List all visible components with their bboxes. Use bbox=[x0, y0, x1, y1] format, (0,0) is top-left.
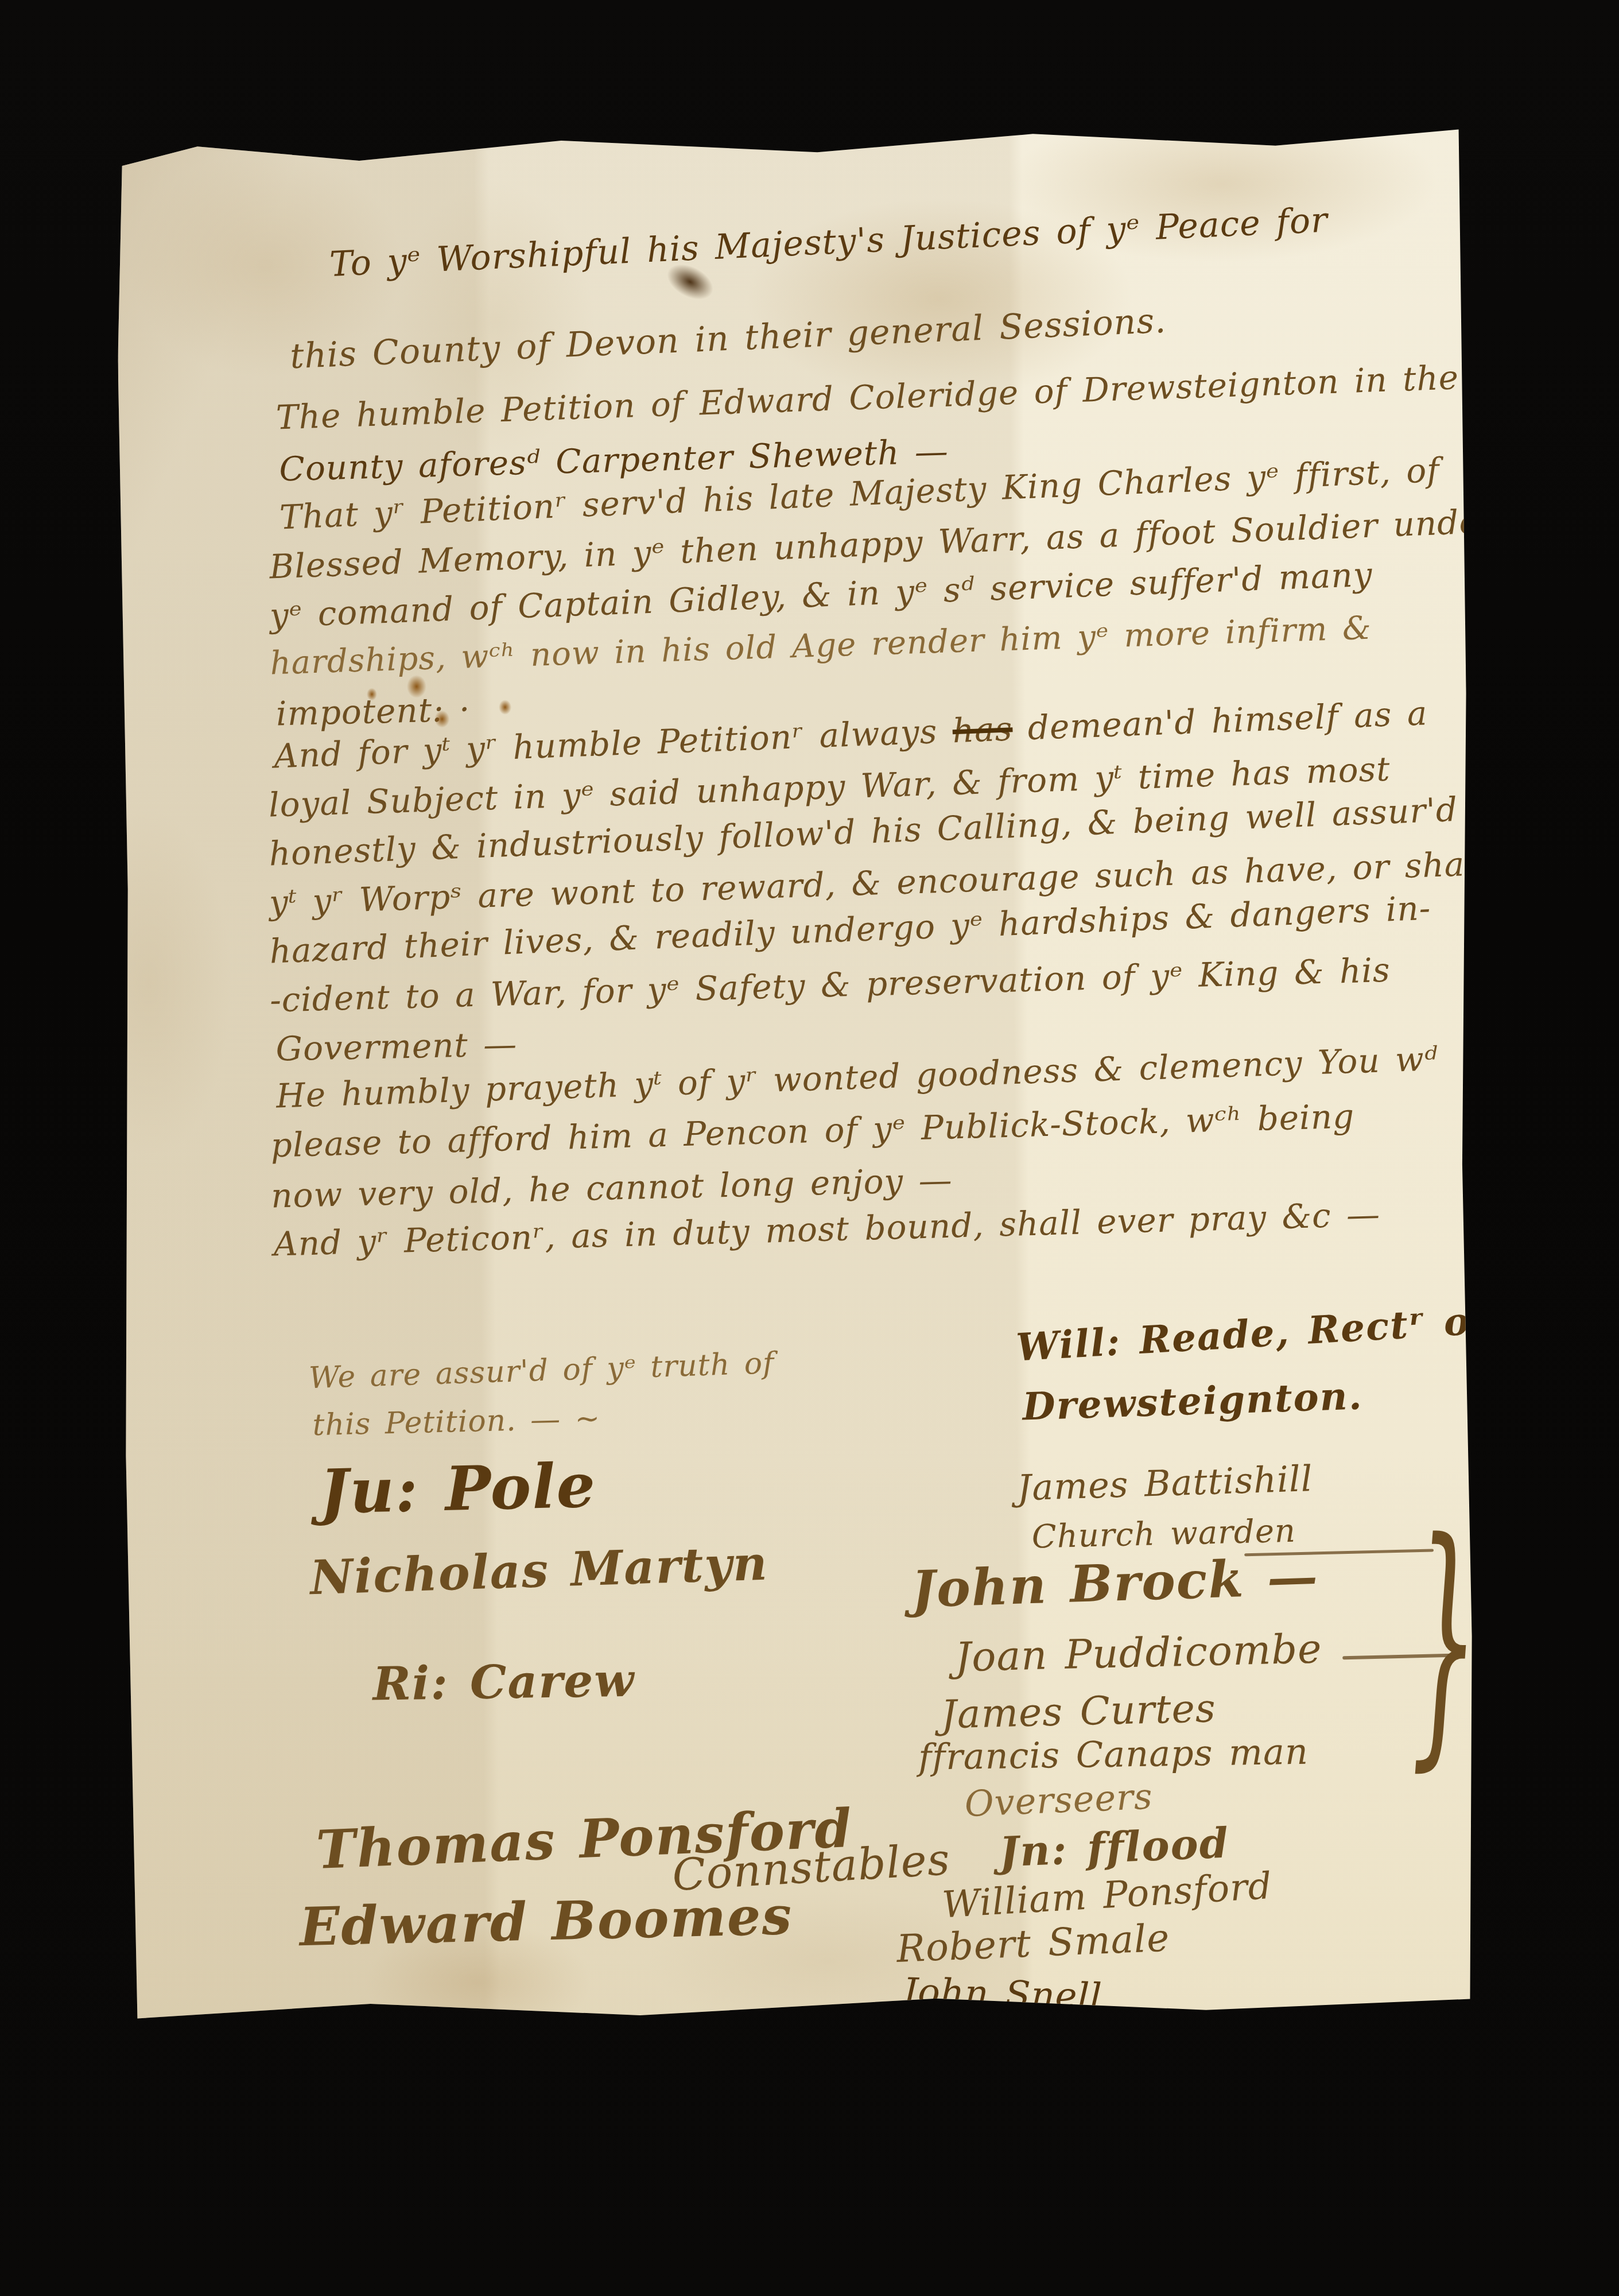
signature-james-battishill: James Battishill bbox=[1016, 1457, 1313, 1509]
foxing-speck bbox=[499, 700, 511, 715]
signature-ffrancis-canaps-man: ffrancis Canaps man bbox=[918, 1731, 1309, 1778]
signature-nicholas-martyn: Nicholas Martyn bbox=[309, 1535, 769, 1605]
body-p3-line-3: now very old, he cannot long enjoy — bbox=[270, 1161, 953, 1216]
signature-brace: } bbox=[1410, 1486, 1480, 1793]
signature-jn-fflood: Jn: fflood bbox=[999, 1818, 1230, 1876]
signature-robert-smale: Robert Smale bbox=[896, 1915, 1171, 1971]
foxing-speck bbox=[434, 711, 449, 728]
p2-line1-suffix: demean'd himself as a bbox=[1012, 693, 1428, 748]
signature-ri-carew: Ri: Carew bbox=[372, 1653, 635, 1711]
signature-joan-puddicombe: Joan Puddicombe bbox=[954, 1625, 1322, 1681]
p2-line1-struck-word: has bbox=[952, 709, 1013, 750]
signature-overseers: Overseers bbox=[964, 1775, 1154, 1825]
attestation-line-1: We are assur'd of yᵉ truth of bbox=[308, 1346, 775, 1395]
signature-will-reade: Will: Reade, Rectʳ of bbox=[1015, 1298, 1489, 1370]
attestation-line-2: this Petition. — ~ bbox=[312, 1401, 601, 1442]
manuscript-photo: To yᵉ Worshipful his Majesty's Justices … bbox=[0, 0, 1619, 2296]
signature-james-curtes: James Curtes bbox=[941, 1686, 1217, 1737]
signature-ju-pole: Ju: Pole bbox=[319, 1449, 597, 1527]
foxing-speck bbox=[407, 675, 426, 698]
signature-john-snell: John Snell bbox=[902, 1971, 1103, 2019]
signature-will-reade-place: Drewsteignton. bbox=[1022, 1373, 1363, 1429]
heading-line-2: this County of Devon in their general Se… bbox=[289, 301, 1167, 377]
foxing-speck bbox=[367, 688, 377, 700]
signature-william-ponsford: William Ponsford bbox=[941, 1865, 1274, 1927]
heading-line-1: To yᵉ Worshipful his Majesty's Justices … bbox=[329, 200, 1329, 285]
body-p2-line-7: Goverment — bbox=[275, 1025, 518, 1068]
signature-john-brock: John Brock — bbox=[911, 1546, 1320, 1619]
petition-paper: To yᵉ Worshipful his Majesty's Justices … bbox=[117, 126, 1476, 2022]
